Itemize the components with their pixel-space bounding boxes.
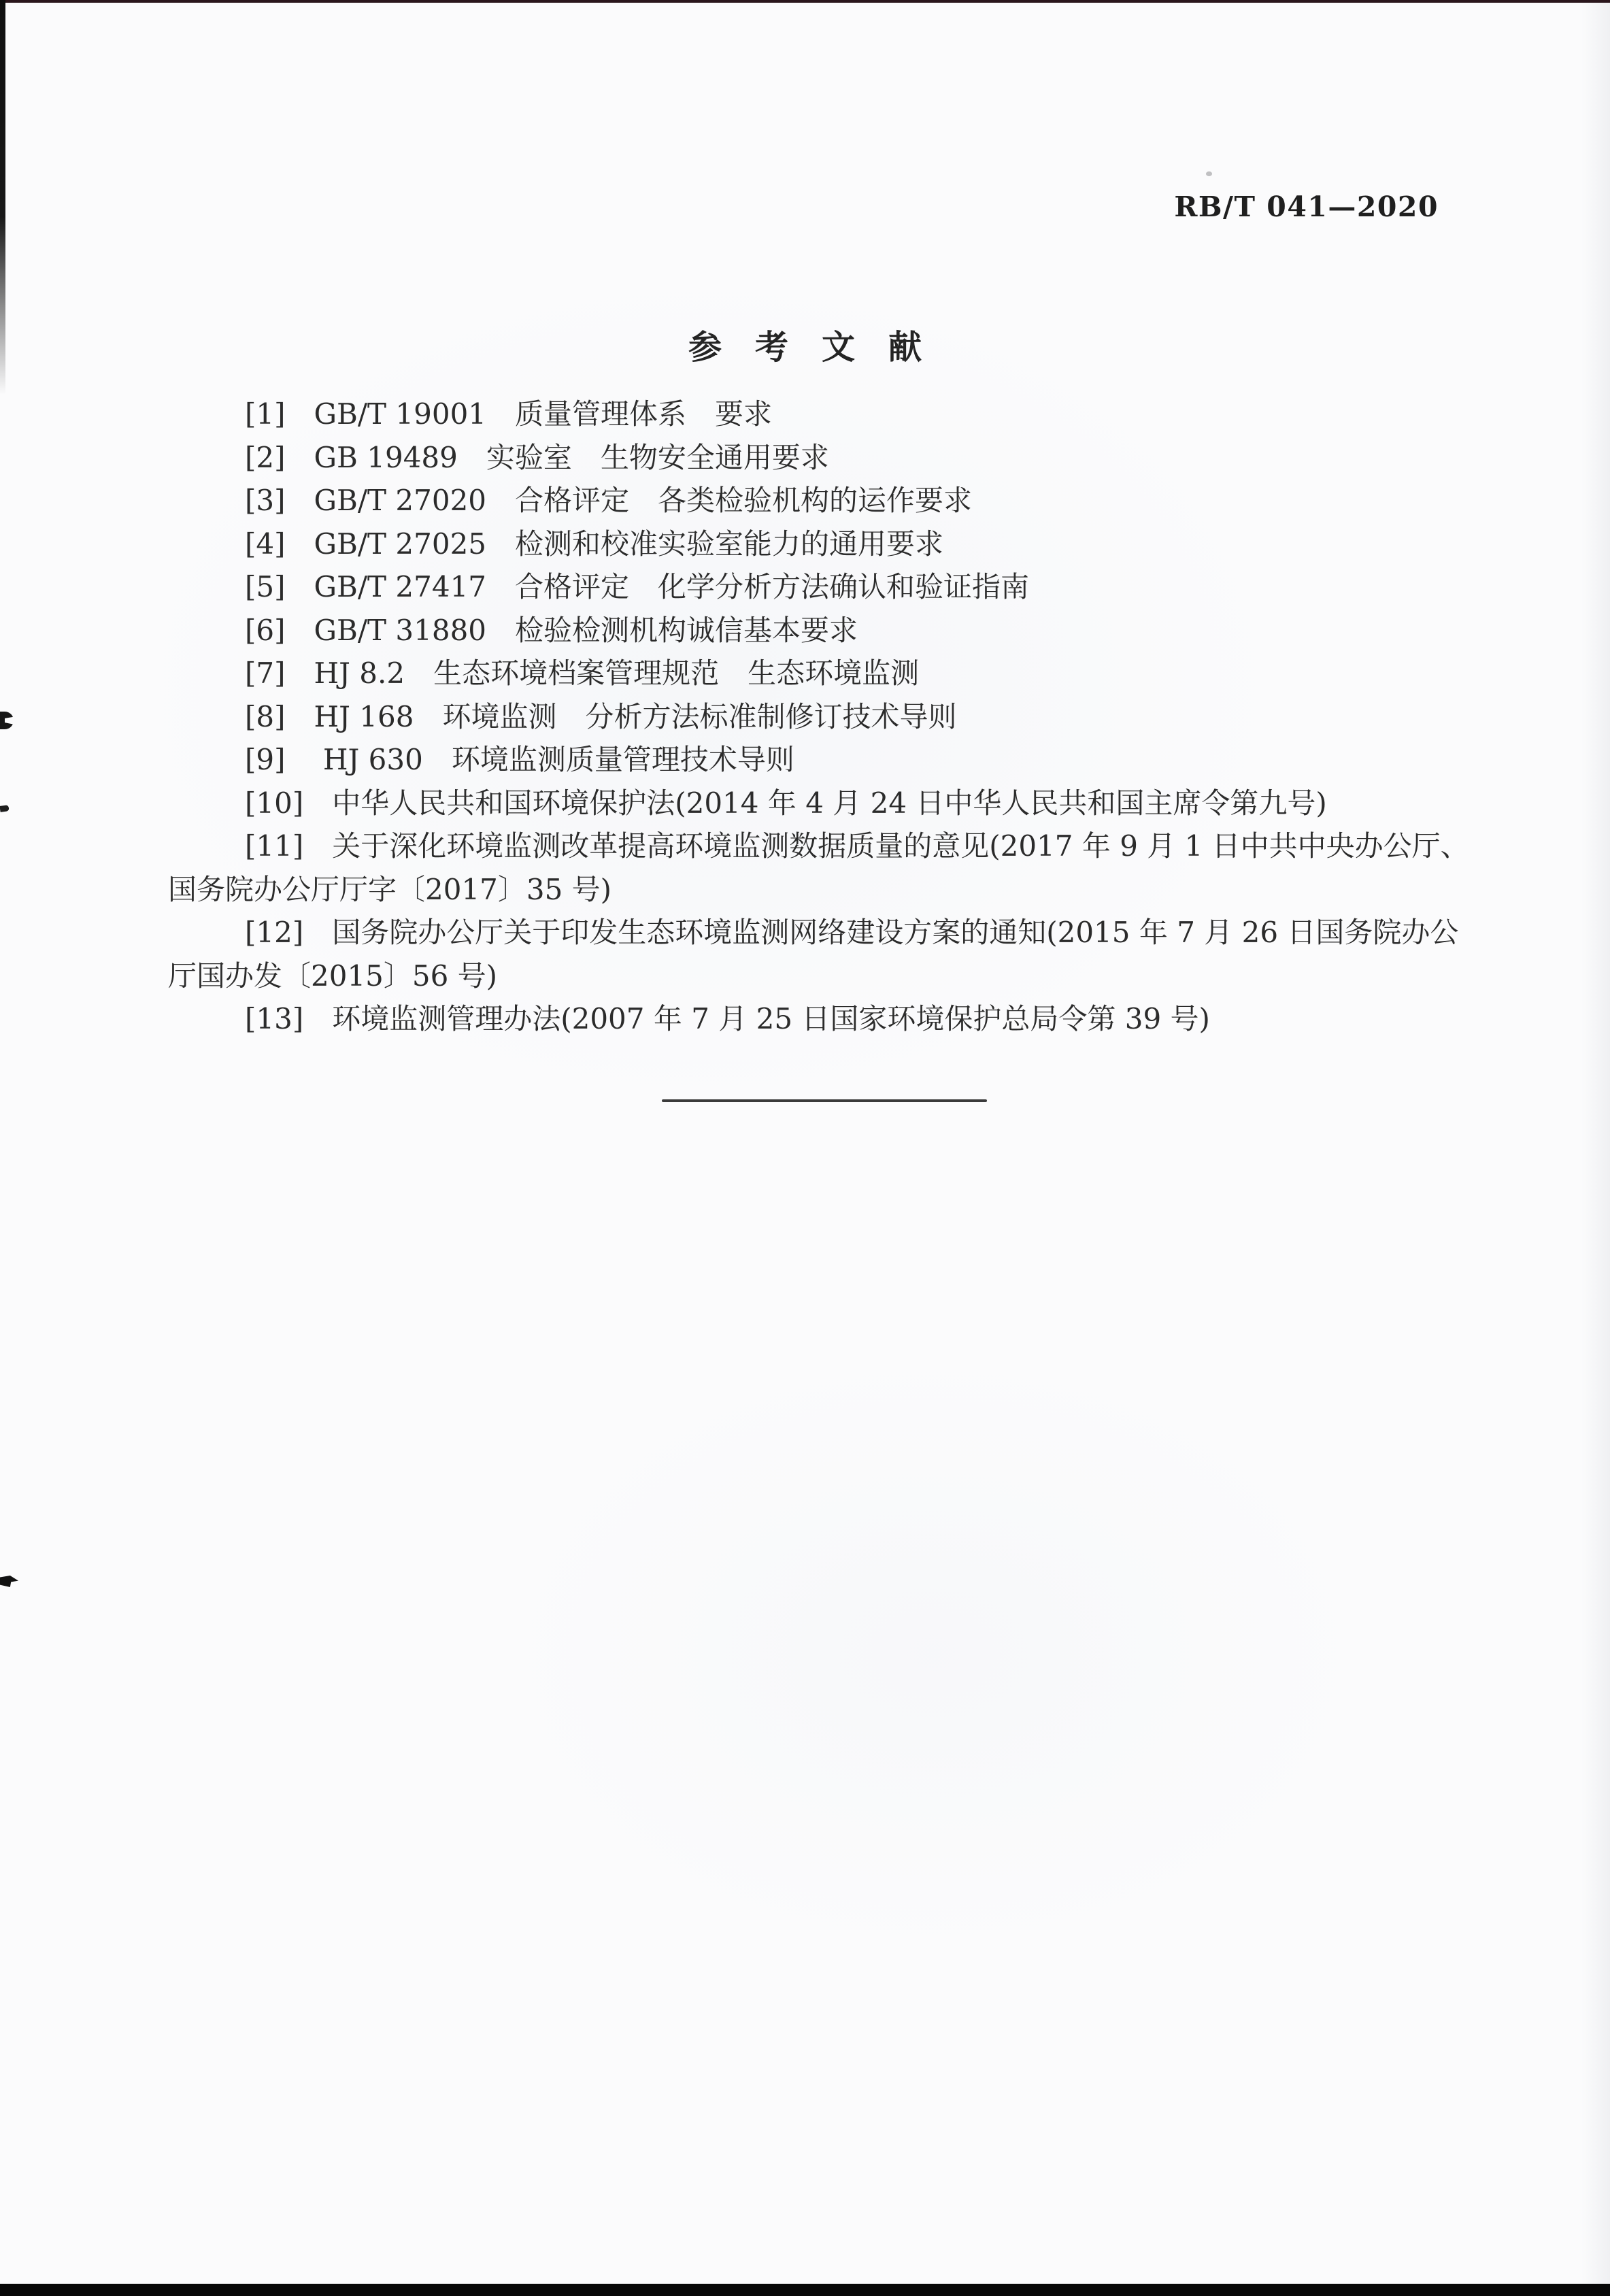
reference-line: [12] 国务院办公厅关于印发生态环境监测网络建设方案的通知(2015 年 7 …: [168, 911, 1457, 954]
reference-line: [1] GB/T 19001 质量管理体系 要求: [168, 393, 1457, 436]
reference-line: [6] GB/T 31880 检验检测机构诚信基本要求: [168, 609, 1457, 652]
reference-line: [9] HJ 630 环境监测质量管理技术导则: [168, 738, 1457, 782]
reference-line: [11] 关于深化环境监测改革提高环境监测数据质量的意见(2017 年 9 月 …: [168, 825, 1457, 868]
reference-line: 国务院办公厅厅字〔2017〕35 号): [168, 868, 1457, 912]
scan-artifact-mark: [0, 805, 10, 812]
scan-artifact-bottom-edge: [0, 2284, 1610, 2296]
end-divider: [662, 1099, 987, 1102]
reference-line: [3] GB/T 27020 合格评定 各类检验机构的运作要求: [168, 479, 1457, 522]
reference-line: [13] 环境监测管理办法(2007 年 7 月 25 日国家环境保护总局令第 …: [168, 997, 1457, 1041]
reference-line: [5] GB/T 27417 合格评定 化学分析方法确认和验证指南: [168, 565, 1457, 609]
scan-artifact-mark: [0, 712, 14, 729]
reference-line: [2] GB 19489 实验室 生物安全通用要求: [168, 436, 1457, 480]
page-title: 参 考 文 献: [0, 321, 1610, 369]
reference-line: [8] HJ 168 环境监测 分析方法标准制修订技术导则: [168, 695, 1457, 739]
standard-number: RB/T 041—2020: [1174, 190, 1439, 223]
reference-line: 厅国办发〔2015〕56 号): [168, 954, 1457, 998]
reference-line: [4] GB/T 27025 检测和校准实验室能力的通用要求: [168, 522, 1457, 566]
reference-list: [1] GB/T 19001 质量管理体系 要求[2] GB 19489 实验室…: [168, 393, 1457, 1041]
document-page: RB/T 041—2020 参 考 文 献 [1] GB/T 19001 质量管…: [0, 0, 1610, 2296]
reference-line: [7] HJ 8.2 生态环境档案管理规范 生态环境监测: [168, 652, 1457, 695]
scan-artifact-top-edge: [0, 0, 1610, 3]
reference-line: [10] 中华人民共和国环境保护法(2014 年 4 月 24 日中华人民共和国…: [168, 782, 1457, 825]
scan-artifact-mark: [0, 1576, 18, 1587]
scan-artifact-dot: [1206, 171, 1212, 176]
